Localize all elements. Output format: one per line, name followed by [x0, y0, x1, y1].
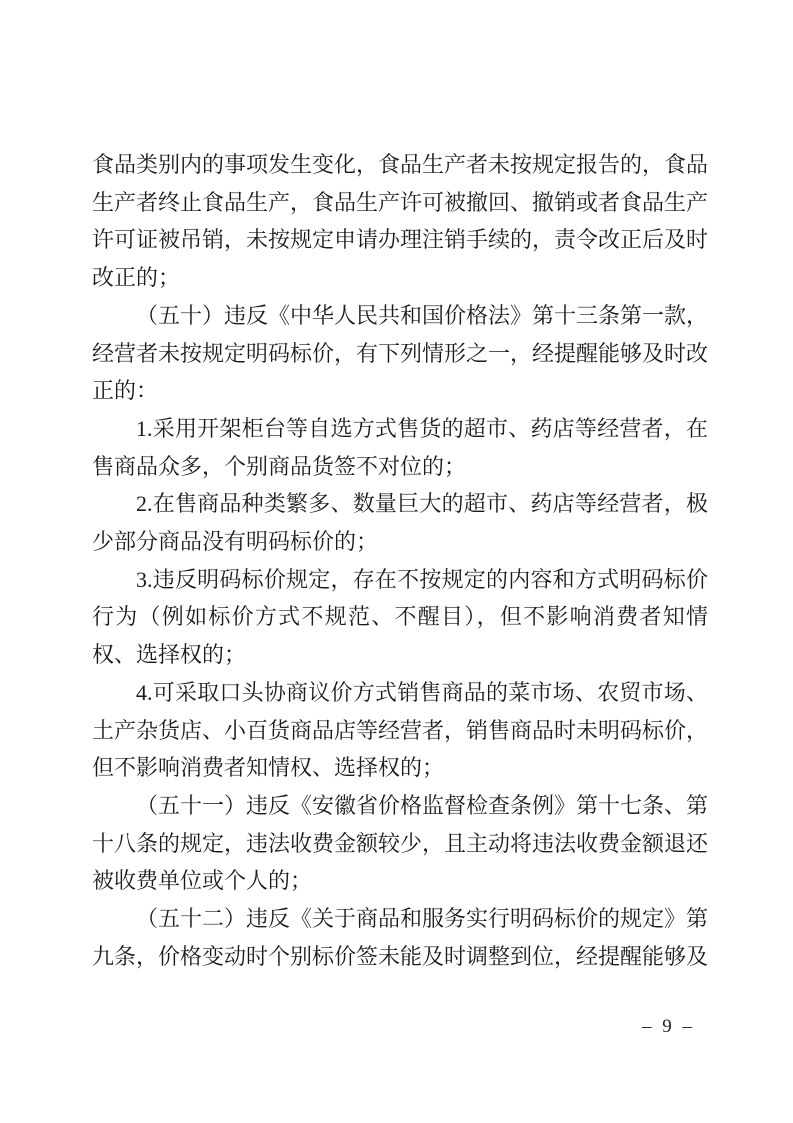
para-clause-52: （五十二）违反《关于商品和服务实行明码标价的规定》第九条，价格变动时个别标价签未…	[92, 900, 708, 975]
document-body: 食品类别内的事项发生变化，食品生产者未按规定报告的，食品生产者终止食品生产，食品…	[92, 146, 708, 975]
para-clause-50: （五十）违反《中华人民共和国价格法》第十三条第一款，经营者未按规定明码标价，有下…	[92, 297, 708, 410]
para-item-1: 1.采用开架柜台等自选方式售货的超市、药店等经营者，在售商品众多，个别商品货签不…	[92, 410, 708, 485]
page-footer: – 9 –	[642, 1016, 695, 1038]
para-item-3: 3.违反明码标价规定，存在不按规定的内容和方式明码标价行为（例如标价方式不规范、…	[92, 561, 708, 674]
para-item-2: 2.在售商品种类繁多、数量巨大的超市、药店等经营者，极少部分商品没有明码标价的；	[92, 485, 708, 560]
document-page: 食品类别内的事项发生变化，食品生产者未按规定报告的，食品生产者终止食品生产，食品…	[0, 0, 793, 1123]
para-clause-51: （五十一）违反《安徽省价格监督检查条例》第十七条、第十八条的规定，违法收费金额较…	[92, 787, 708, 900]
para-continuation: 食品类别内的事项发生变化，食品生产者未按规定报告的，食品生产者终止食品生产，食品…	[92, 146, 708, 297]
para-item-4: 4.可采取口头协商议价方式销售商品的菜市场、农贸市场、土产杂货店、小百货商品店等…	[92, 674, 708, 787]
page-number: – 9 –	[642, 1016, 695, 1037]
